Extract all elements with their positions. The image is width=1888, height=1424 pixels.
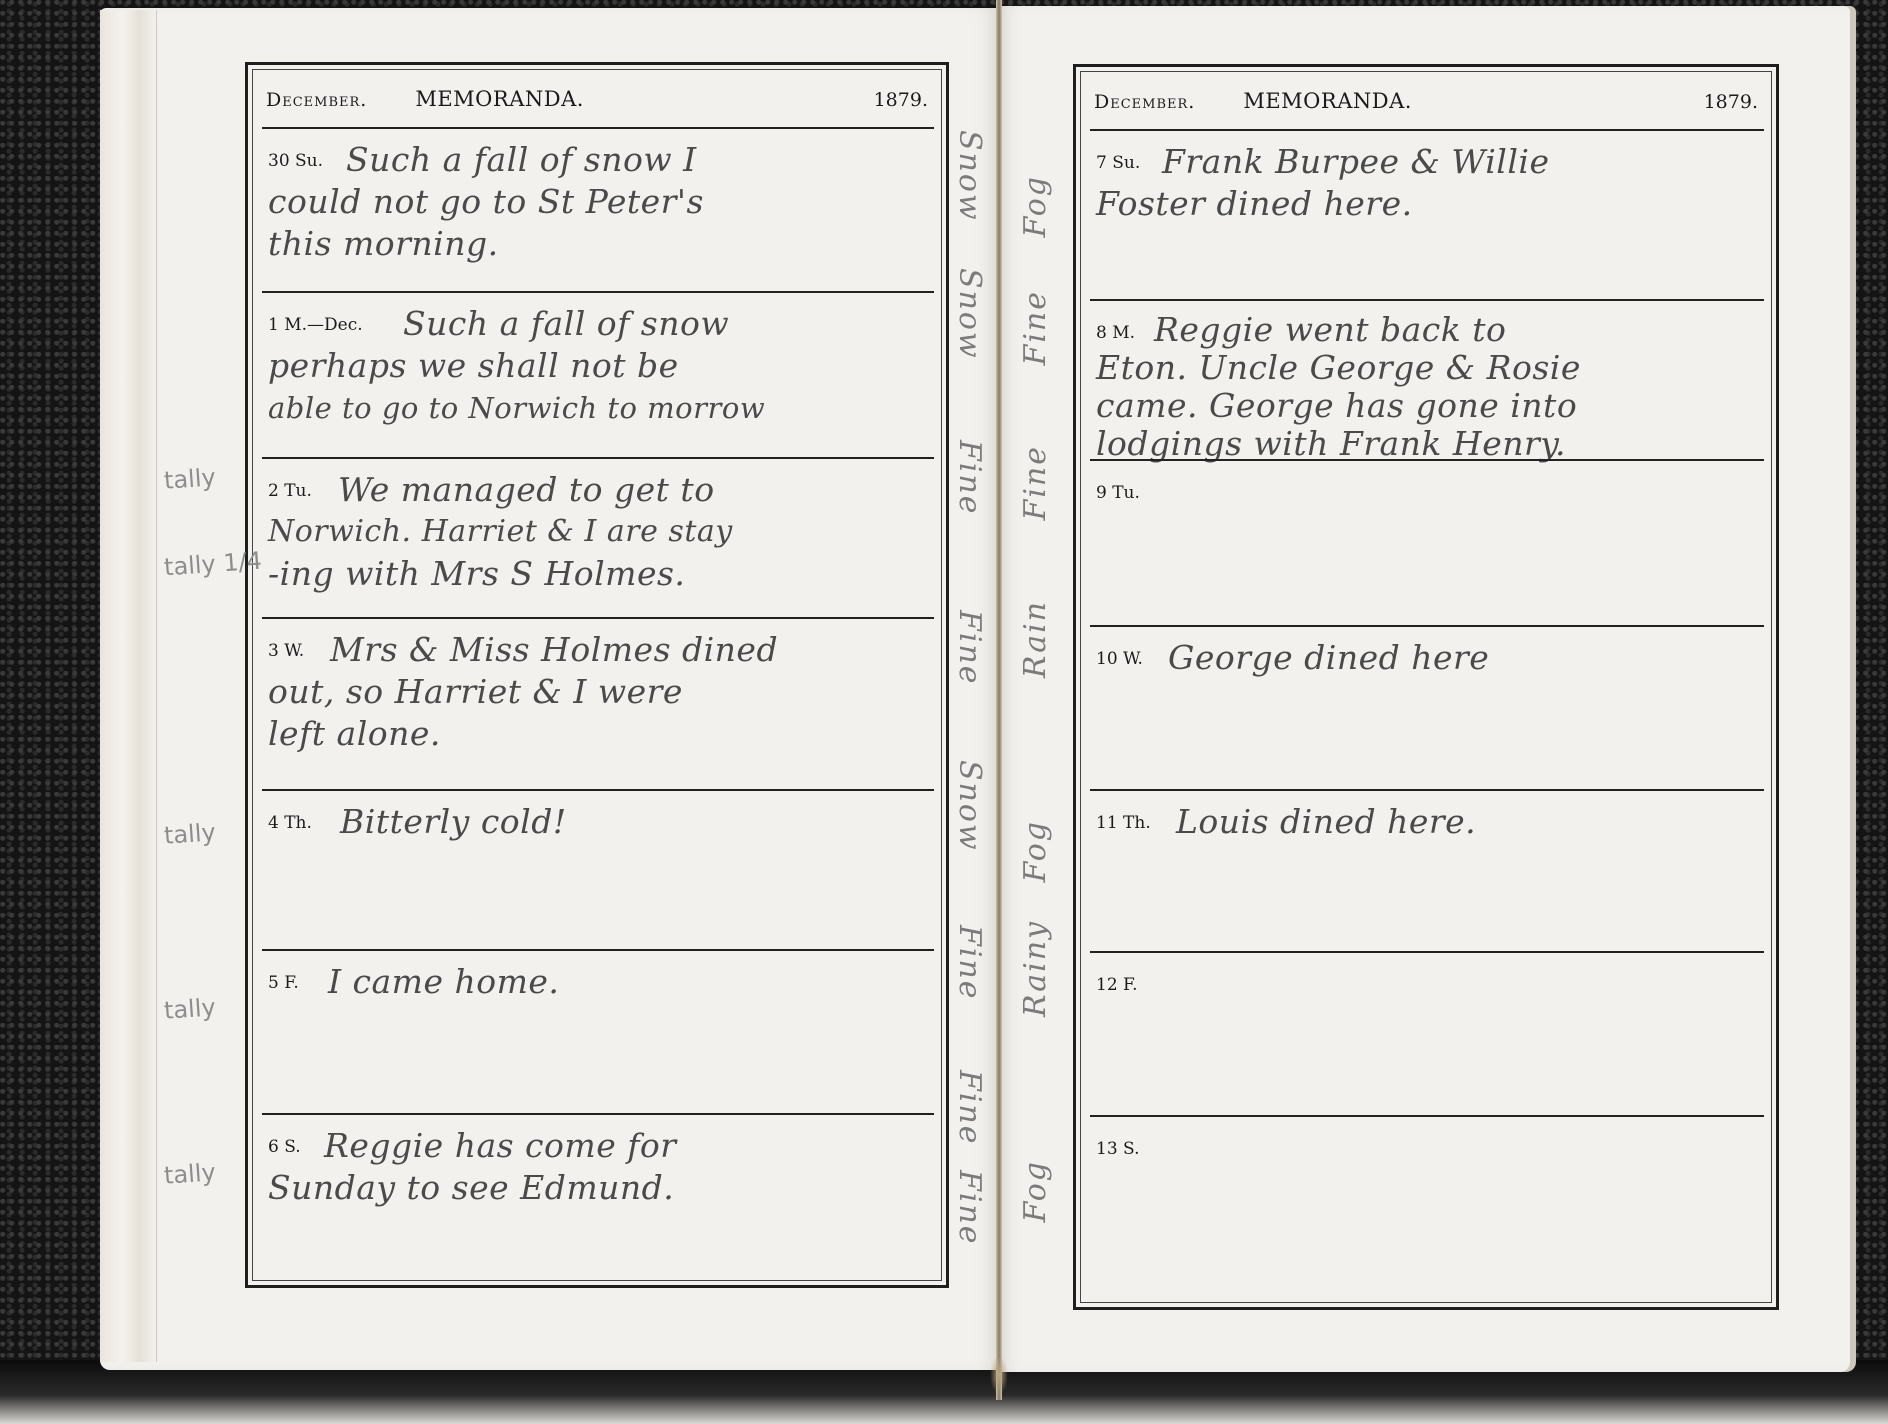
weather-note: Fine [952, 925, 987, 1001]
margin-tally-mark: tally [163, 993, 216, 1025]
weather-note: Snow [952, 760, 987, 852]
entry-handwriting: Mrs & Miss Holmes dined out, so Harriet … [268, 629, 934, 755]
entry-handwriting: Frank Burpee & Willie Foster dined here. [1096, 141, 1764, 225]
weather-note: Fine [1018, 445, 1053, 521]
weather-note: Fine [952, 610, 987, 686]
header-title: MEMORANDA. [1243, 89, 1412, 113]
entry-line: Such a fall of snow I [268, 139, 934, 181]
book-gutter [996, 0, 1002, 1400]
header-month: December. [1094, 91, 1195, 113]
entry-line: Sunday to see Edmund. [268, 1167, 934, 1209]
entry-line: Foster dined here. [1096, 183, 1764, 225]
entry-line: Reggie has come for [268, 1125, 934, 1167]
weather-note: Rain [1018, 600, 1053, 678]
margin-tally-mark: tally [163, 463, 216, 495]
spine-stain [990, 1355, 1008, 1395]
weather-note: Fine [952, 1170, 987, 1246]
weather-note: Snow [952, 130, 987, 222]
entry-line: out, so Harriet & I were [268, 671, 934, 713]
diary-entry-3-w: 3 W. Mrs & Miss Holmes dined out, so Har… [262, 617, 934, 789]
weather-note: Snow [952, 268, 987, 360]
entry-date-label: 12 F. [1096, 975, 1138, 995]
entry-line: -ing with Mrs S Holmes. [268, 553, 934, 595]
diary-entry-10-w: 10 W. George dined here [1090, 625, 1764, 787]
weather-note: Fine [952, 440, 987, 516]
left-page-header: December. MEMORANDA. 1879. [266, 87, 928, 123]
weather-note: Fine [1018, 290, 1053, 366]
page-edges [100, 10, 157, 1362]
entry-line: Reggie went back to [1096, 311, 1764, 349]
diary-entry-7-su: 7 Su. Frank Burpee & Willie Foster dined… [1090, 129, 1764, 301]
entry-handwriting: Such a fall of snow I could not go to St… [268, 139, 934, 265]
header-year: 1879. [1704, 91, 1758, 113]
entry-line: able to go to Norwich to morrow [268, 387, 934, 429]
margin-tally-mark: tally [163, 1158, 216, 1190]
entry-line: Louis dined here. [1096, 801, 1764, 843]
entry-line: lodgings with Frank Henry. [1096, 425, 1764, 463]
entry-line: Such a fall of snow [268, 303, 934, 345]
entry-handwriting: Bitterly cold! [268, 801, 934, 843]
entry-handwriting: Reggie has come for Sunday to see Edmund… [268, 1125, 934, 1209]
diary-entry-1-m: 1 M.—Dec. Such a fall of snow perhaps we… [262, 291, 934, 453]
diary-entry-8-m: 8 M. Reggie went back to Eton. Uncle Geo… [1090, 299, 1764, 461]
weather-note: Fog [1018, 820, 1053, 882]
margin-tally-mark: tally [163, 818, 216, 850]
right-page-header: December. MEMORANDA. 1879. [1094, 89, 1758, 125]
entry-date-label: 9 Tu. [1096, 483, 1140, 503]
header-month: December. [266, 89, 367, 111]
header-title: MEMORANDA. [415, 87, 584, 111]
left-page-frame: December. MEMORANDA. 1879. 30 Su. Such a… [245, 62, 949, 1288]
diary-entry-11-th: 11 Th. Louis dined here. [1090, 789, 1764, 951]
weather-note: Fog [1018, 175, 1053, 237]
entry-line: could not go to St Peter's [268, 181, 934, 223]
right-page-frame: December. MEMORANDA. 1879. 7 Su. Frank B… [1073, 64, 1779, 1310]
entry-handwriting: We managed to get to Norwich. Harriet & … [268, 469, 934, 595]
entry-line: We managed to get to [268, 469, 934, 511]
weather-note: Fine [952, 1070, 987, 1146]
entry-handwriting: George dined here [1096, 637, 1764, 679]
diary-entry-9-tu: 9 Tu. [1090, 459, 1764, 623]
diary-entry-2-tu: 2 Tu. We managed to get to Norwich. Harr… [262, 457, 934, 619]
diary-entry-30-su: 30 Su. Such a fall of snow I could not g… [262, 127, 934, 289]
entry-handwriting: Reggie went back to Eton. Uncle George &… [1096, 311, 1764, 463]
entry-line: George dined here [1096, 637, 1764, 679]
diary-entry-5-f: 5 F. I came home. [262, 949, 934, 1111]
diary-entry-12-f: 12 F. [1090, 951, 1764, 1113]
entry-line: this morning. [268, 223, 934, 265]
diary-entry-4-th: 4 Th. Bitterly cold! [262, 789, 934, 951]
entry-handwriting: I came home. [268, 961, 934, 1003]
entry-line: Mrs & Miss Holmes dined [268, 629, 934, 671]
entry-line: perhaps we shall not be [268, 345, 934, 387]
header-year: 1879. [874, 89, 928, 111]
entry-line: Frank Burpee & Willie [1096, 141, 1764, 183]
entry-line: came. George has gone into [1096, 387, 1764, 425]
entry-line: left alone. [268, 713, 934, 755]
entry-line: Norwich. Harriet & I are stay [268, 511, 934, 553]
entry-handwriting: Such a fall of snow perhaps we shall not… [268, 303, 934, 429]
entry-date-label: 13 S. [1096, 1139, 1139, 1159]
weather-note: Rainy [1018, 920, 1053, 1017]
weather-note: Fog [1018, 1160, 1053, 1222]
entry-line: Eton. Uncle George & Rosie [1096, 349, 1764, 387]
entry-handwriting: Louis dined here. [1096, 801, 1764, 843]
entry-line: Bitterly cold! [268, 801, 934, 843]
entry-line: I came home. [268, 961, 934, 1003]
diary-entry-13-s: 13 S. [1090, 1115, 1764, 1287]
diary-entry-6-s: 6 S. Reggie has come for Sunday to see E… [262, 1113, 934, 1275]
